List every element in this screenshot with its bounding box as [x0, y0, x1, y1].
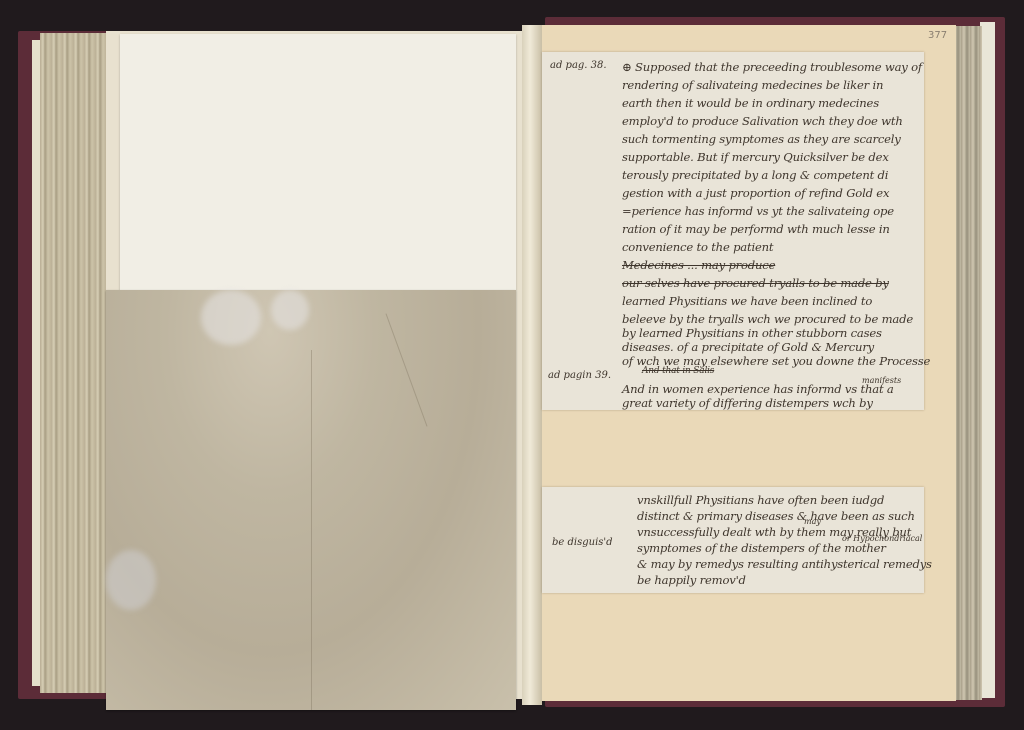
crease — [311, 350, 312, 710]
manuscript-line: vnskillfull Physitians have often been i… — [637, 493, 884, 507]
margin-note: ad pag. 38. — [550, 60, 607, 71]
manuscript-line: convenience to the patient — [622, 240, 773, 254]
manuscript-line-struck: And that in Salis — [642, 366, 714, 376]
interlinear-note: manifests — [862, 376, 901, 385]
manuscript-line: =perience has informd vs yt the salivate… — [622, 204, 894, 218]
manuscript-line: symptomes of the distempers of the mothe… — [637, 541, 886, 555]
manuscript-line: distinct & primary diseases & have been … — [637, 509, 915, 523]
folio-number: 377 — [928, 30, 947, 41]
manuscript-line: And in women experience has informd vs t… — [622, 382, 894, 396]
book-gutter — [522, 25, 542, 705]
stain — [271, 290, 309, 330]
manuscript-line: learned Physitians we have been inclined… — [622, 294, 872, 308]
crease — [386, 313, 428, 426]
manuscript-line: diseases. of a precipitate of Gold & Mer… — [622, 340, 874, 354]
margin-note: ad pagin 39. — [548, 370, 611, 381]
manuscript-line: gestion with a just proportion of refind… — [622, 186, 889, 200]
left-page-edges — [40, 33, 109, 693]
margin-note: be disguis'd — [552, 537, 613, 548]
manuscript-line: ⊕ Supposed that the preceeding troubleso… — [622, 60, 922, 74]
manuscript-slip-top: ad pag. 38. ad pagin 39. ⊕ Supposed that… — [542, 52, 924, 410]
manuscript-line: earth then it would be in ordinary medec… — [622, 96, 879, 110]
manuscript-line: such tormenting symptomes as they are sc… — [622, 132, 901, 146]
manuscript-line: employ'd to produce Salivation wch they … — [622, 114, 903, 128]
manuscript-line: ration of it may be performd wth much le… — [622, 222, 890, 236]
manuscript-line-struck: Medecines ... may produce — [622, 258, 775, 272]
manuscript-line-struck: our selves have procured tryalls to be m… — [622, 276, 889, 290]
manuscript-line: by learned Physitians in other stubborn … — [622, 326, 882, 340]
right-page-edges — [952, 26, 982, 700]
stain — [201, 290, 261, 345]
right-cover-lining — [980, 22, 995, 698]
manuscript-line: great variety of differing distempers wc… — [622, 396, 873, 410]
interlinear-note: may — [804, 517, 821, 526]
manuscript-line: rendering of salivateing medecines be li… — [622, 78, 883, 92]
manuscript-line: & may by remedys resulting antihysterica… — [637, 557, 932, 571]
manuscript-slip-bottom: be disguis'd vnskillfull Physitians have… — [542, 487, 924, 593]
manuscript-line: supportable. But if mercury Quicksilver … — [622, 150, 889, 164]
manuscript-line: terously precipitated by a long & compet… — [622, 168, 888, 182]
interlinear-note: or Hypochondriacal — [842, 534, 922, 543]
left-stained-sheet — [106, 290, 516, 710]
manuscript-line: be happily remov'd — [637, 573, 746, 587]
manuscript-line: beleeve by the tryalls wch we procured t… — [622, 312, 913, 326]
stain — [106, 550, 156, 610]
left-blank-sheet — [120, 34, 516, 290]
